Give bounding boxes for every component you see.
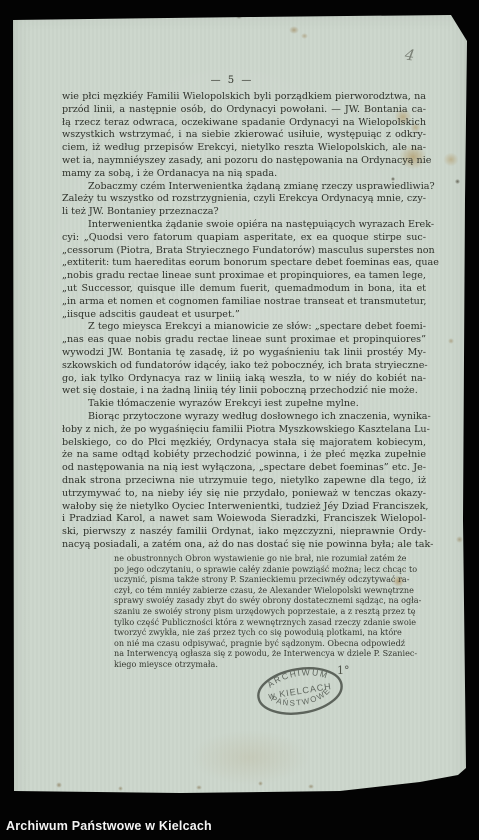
text-line: uczynić, pisma także strony P. Szaniecki… [114, 574, 398, 585]
stain [289, 26, 299, 34]
text-line: sprawy swoiéy zasady zbyt do swéy obrony… [114, 595, 398, 606]
stain [236, 14, 242, 19]
stain [190, 730, 310, 785]
stain [308, 784, 314, 789]
text-line: przód linii, a następnie osób, do Ordyna… [62, 104, 426, 117]
text-line: „extiterit: tum haereditas eorum bonorum… [62, 257, 426, 270]
stain [456, 536, 463, 543]
text-line: wet ia, naymniéyszey zasady, ani pozoru … [62, 155, 426, 168]
document-page: — 5 — 4 wie płci męzkiéy Familii Wielopo… [0, 0, 479, 840]
text-line: ciem, iż według przepisów Erekcyi, niety… [62, 142, 426, 155]
text-line: nacyą posiadali, a zatém ona, aż do nas … [62, 539, 426, 552]
text-line: „nobis gradu rectae lineae sunt proximae… [62, 270, 426, 283]
text-line: dnak strona przeciwna nie utrzymuie tego… [62, 475, 426, 488]
page-number: — 5 — [62, 75, 402, 86]
text-line: wie płci męzkiéy Familii Wielopolskich b… [62, 91, 426, 104]
text-line: belskiego, co do Płci męzkiéy, Ordynacya… [62, 437, 426, 450]
text-line: go, iak tylko Ordynacya raz w liniią iak… [62, 373, 426, 386]
text-line: cyi: „Quodsi vero fatorum quapiam asperi… [62, 232, 426, 245]
text-line: „in arma et nomen et cognomen familiae n… [62, 296, 426, 309]
text-line: Z tego mieysca Erekcyi a mianowicie ze s… [62, 321, 426, 334]
archive-oval-stamp-icon: ARCHIWUM w KIELCACH PAŃSTWOWE [252, 663, 348, 721]
text-line: Interwenientka żądanie swoie opiéra na n… [62, 219, 426, 232]
text-line: tylko część Publiczności która z wewnętr… [114, 617, 398, 628]
text-line: utrzymywać to, na nieby iéy się nie przy… [62, 488, 426, 501]
stain [455, 179, 460, 184]
text-line: od następowania na nią iest wyłączona, „… [62, 462, 426, 475]
paragraph: wie płci męzkiéy Familii Wielopolskich b… [62, 91, 426, 181]
text-line: wszystkich wstrzymać, i na siebie zkiero… [62, 129, 426, 142]
text-line: łą rzecz teraz odwraca, oczekiwane spada… [62, 117, 426, 130]
text-line: na Interwencyą ogłasza się z powodu, że … [114, 648, 398, 659]
text-line: „iisque adscitis gaudeat et usurpet.” [62, 309, 426, 322]
stain [448, 338, 454, 344]
text-line: „nas eas quae nobis gradu rectae lineae … [62, 334, 426, 347]
stain [258, 781, 263, 786]
text-line: łoby z nich, że po wygaśnięciu familii P… [62, 424, 426, 437]
footnote-text: ne obustronnych Obron wystawienie go nie… [114, 553, 398, 670]
text-line: i Pradziad Karol, a nawet sam Woiewoda S… [62, 513, 426, 526]
scanned-document-view: — 5 — 4 wie płci męzkiéy Familii Wielopo… [0, 0, 479, 840]
text-line: ski, pierwszy z naszéy familii Ordynat, … [62, 526, 426, 539]
main-text: wie płci męzkiéy Familii Wielopolskich b… [62, 91, 426, 552]
text-line: Zależy tu wszystko od rozstrzygnienia, c… [62, 193, 426, 206]
text-line: Zobaczmy czém Interwenientka żądaną zmia… [62, 181, 426, 194]
stain [118, 786, 123, 791]
handwritten-folio-mark: 4 [404, 45, 416, 64]
text-line: mamy za sobą, i że Ordanacya na nią spad… [62, 168, 426, 181]
stain [443, 152, 459, 167]
text-line: „ut Successor, quisque ille demum fuerit… [62, 283, 426, 296]
paragraph: Biorąc przytoczone wyrazy według dosłown… [62, 411, 426, 552]
text-line: po jego odczytaniu, o sprawie całéy zdan… [114, 564, 398, 575]
stain [196, 785, 202, 790]
text-line: on nié ma czasu odpisywać, pragnie być s… [114, 638, 398, 649]
text-line: ne obustronnych Obron wystawienie go nie… [114, 553, 398, 564]
paragraph: Interwenientka żądanie swoie opiéra na n… [62, 219, 426, 321]
text-line: szaniu ze swoiéy strony pism urzędowych … [114, 606, 398, 617]
text-line: czył, co tém mniéy zabierze czasu, że Al… [114, 585, 398, 596]
text-line: Biorąc przytoczone wyrazy według dosłown… [62, 411, 426, 424]
text-line: wet się dostaie, i na żadną liniią téy l… [62, 385, 426, 398]
text-line: że na same odtąd kobiéty przechodzić pow… [62, 449, 426, 462]
text-line: „cessorum (Piotra, Brata Stryiecznego Fu… [62, 245, 426, 258]
footer-caption: Archiwum Państwowe w Kielcach [6, 819, 212, 833]
text-line: Takie tłómaczenie wyrazów Erekcyi iest z… [62, 398, 426, 411]
text-line: tworzyć zwykła, nie zaś przez tych co si… [114, 627, 398, 638]
paragraph: Takie tłómaczenie wyrazów Erekcyi iest z… [62, 398, 426, 411]
text-line: li też JW. Bontaniey przeznacza? [62, 206, 426, 219]
paragraph: Z tego mieysca Erekcyi a mianowicie ze s… [62, 321, 426, 398]
stain [56, 782, 62, 788]
text-line: wywodzi JW. Bontania tę zasadę, iż po wy… [62, 347, 426, 360]
stain [301, 33, 308, 39]
text-line: szkowskich od fundatorów idącéy, iako te… [62, 360, 426, 373]
paragraph: Zobaczmy czém Interwenientka żądaną zmia… [62, 181, 426, 219]
text-line: wałoby się że nietylko Oyciec Interwenie… [62, 501, 426, 514]
